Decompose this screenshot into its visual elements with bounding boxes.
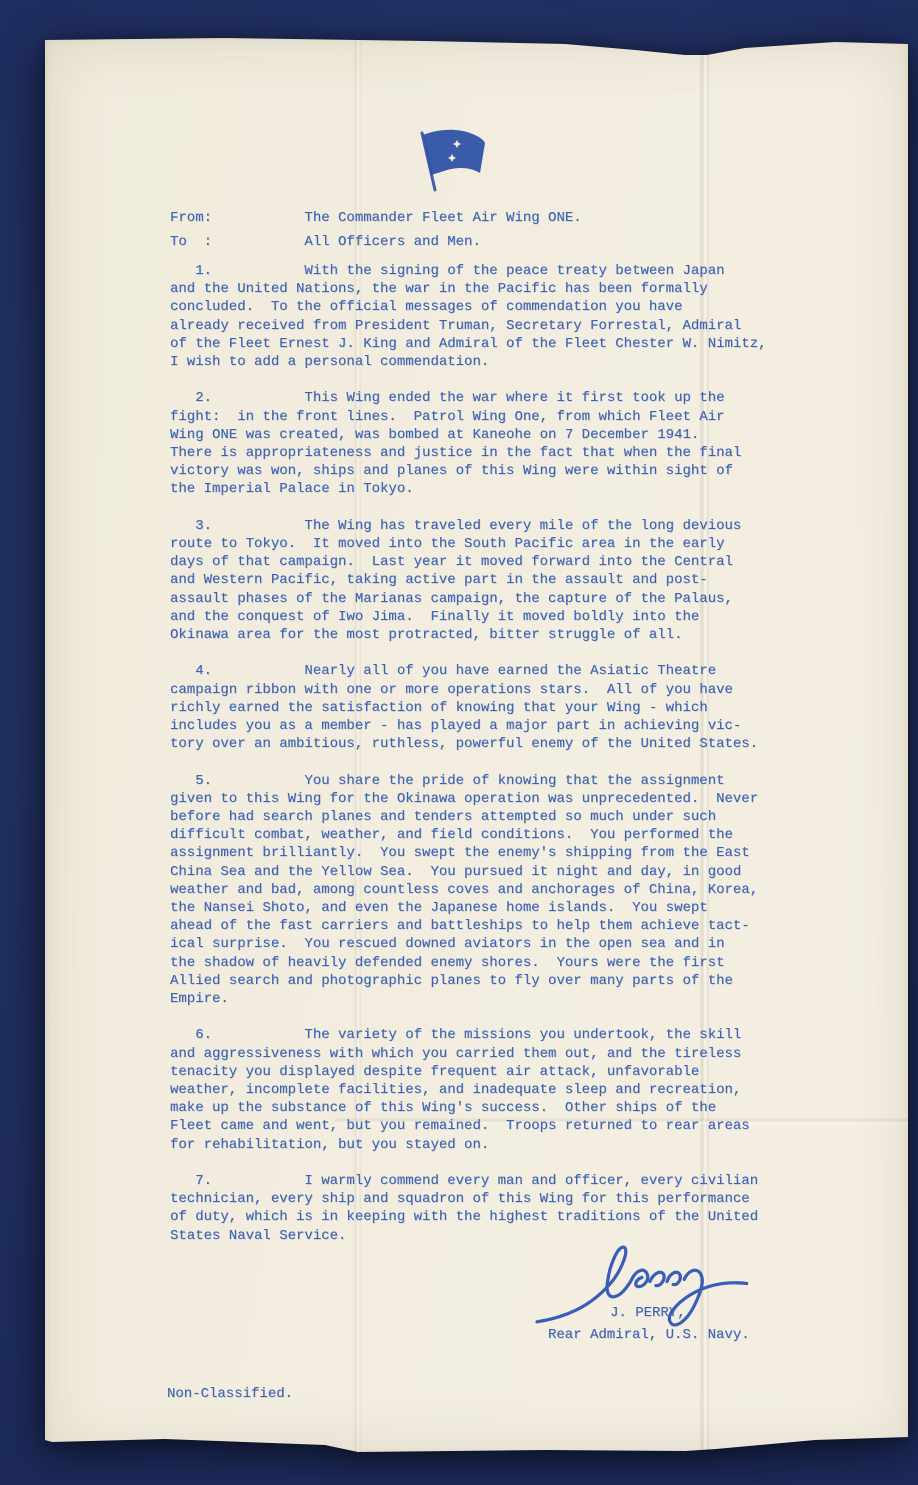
text-line: and aggressiveness with which you carrie… — [170, 1045, 820, 1063]
text-line: already received from President Truman, … — [170, 317, 820, 335]
to-row: To :All Officers and Men. — [170, 230, 582, 254]
text-line: concluded. To the official messages of c… — [170, 298, 820, 316]
text-line: tenacity you displayed despite frequent … — [170, 1063, 820, 1081]
text-line: I wish to add a personal commendation. — [170, 353, 820, 371]
from-label: From: — [170, 206, 304, 230]
from-value: The Commander Fleet Air Wing ONE. — [304, 210, 581, 226]
paragraph-6: 6. The variety of the missions you under… — [170, 1026, 820, 1153]
text-line: route to Tokyo. It moved into the South … — [170, 535, 820, 553]
paragraph-2: 2. This Wing ended the war where it firs… — [170, 389, 820, 498]
text-line: ical surprise. You rescued downed aviato… — [170, 935, 820, 953]
text-line: includes you as a member - has played a … — [170, 717, 820, 735]
text-line: Wing ONE was created, was bombed at Kane… — [170, 426, 820, 444]
text-line: China Sea and the Yellow Sea. You pursue… — [170, 863, 820, 881]
paragraph-5: 5. You share the pride of knowing that t… — [170, 772, 820, 1009]
text-line: Fleet came and went, but you remained. T… — [170, 1117, 820, 1135]
to-value: All Officers and Men. — [304, 234, 480, 250]
text-line: of the Fleet Ernest J. King and Admiral … — [170, 335, 820, 353]
text-line: Okinawa area for the most protracted, bi… — [170, 626, 820, 644]
text-line: and the conquest of Iwo Jima. Finally it… — [170, 608, 820, 626]
paragraph-4: 4. Nearly all of you have earned the Asi… — [170, 662, 820, 753]
to-label: To : — [170, 230, 304, 254]
paragraph-3: 3. The Wing has traveled every mile of t… — [170, 517, 820, 644]
text-line: given to this Wing for the Okinawa opera… — [170, 790, 820, 808]
text-line: the shadow of heavily defended enemy sho… — [170, 954, 820, 972]
signature-typed-title: Rear Admiral, U.S. Navy. — [548, 1326, 750, 1344]
text-line: before had search planes and tenders att… — [170, 808, 820, 826]
text-line: weather and bad, among countless coves a… — [170, 881, 820, 899]
text-line: campaign ribbon with one or more operati… — [170, 681, 820, 699]
text-line: technician, every ship and squadron of t… — [170, 1190, 820, 1208]
text-line: 6. The variety of the missions you under… — [170, 1026, 820, 1044]
text-line: tory over an ambitious, ruthless, powerf… — [170, 735, 820, 753]
text-line: Empire. — [170, 990, 820, 1008]
signature-typed-name: J. PERRY, — [610, 1304, 686, 1322]
text-line: victory was won, ships and planes of thi… — [170, 462, 820, 480]
paragraph-7: 7. I warmly commend every man and office… — [170, 1172, 820, 1245]
text-line: assignment brilliantly. You swept the en… — [170, 844, 820, 862]
text-line: the Nansei Shoto, and even the Japanese … — [170, 899, 820, 917]
text-line: make up the substance of this Wing's suc… — [170, 1099, 820, 1117]
text-line: Allied search and photographic planes to… — [170, 972, 820, 990]
text-line: days of that campaign. Last year it move… — [170, 553, 820, 571]
text-line: 7. I warmly commend every man and office… — [170, 1172, 820, 1190]
text-line: ahead of the fast carriers and battleshi… — [170, 917, 820, 935]
classification-footer: Non-Classified. — [167, 1385, 293, 1403]
text-line: for rehabilitation, but you stayed on. — [170, 1136, 820, 1154]
from-row: From:The Commander Fleet Air Wing ONE. — [170, 206, 582, 230]
text-line: 3. The Wing has traveled every mile of t… — [170, 517, 820, 535]
text-line: richly earned the satisfaction of knowin… — [170, 699, 820, 717]
text-line: 4. Nearly all of you have earned the Asi… — [170, 662, 820, 680]
text-line: assault phases of the Marianas campaign,… — [170, 590, 820, 608]
text-line: 5. You share the pride of knowing that t… — [170, 772, 820, 790]
letter-sheet-wrap: From:The Commander Fleet Air Wing ONE. T… — [45, 38, 908, 1454]
text-line: of duty, which is in keeping with the hi… — [170, 1208, 820, 1226]
text-line: fight: in the front lines. Patrol Wing O… — [170, 408, 820, 426]
text-line: 1. With the signing of the peace treaty … — [170, 262, 820, 280]
text-line: and Western Pacific, taking active part … — [170, 571, 820, 589]
text-line: the Imperial Palace in Tokyo. — [170, 480, 820, 498]
letter-body: 1. With the signing of the peace treaty … — [170, 262, 820, 1263]
paragraph-1: 1. With the signing of the peace treaty … — [170, 262, 820, 371]
text-line: 2. This Wing ended the war where it firs… — [170, 389, 820, 407]
address-block: From:The Commander Fleet Air Wing ONE. T… — [170, 206, 582, 254]
letter-paper: From:The Commander Fleet Air Wing ONE. T… — [45, 38, 908, 1454]
text-line: weather, incomplete facilities, and inad… — [170, 1081, 820, 1099]
text-line: There is appropriateness and justice in … — [170, 444, 820, 462]
text-line: difficult combat, weather, and field con… — [170, 826, 820, 844]
text-line: and the United Nations, the war in the P… — [170, 280, 820, 298]
two-star-admiral-flag-icon — [408, 128, 500, 200]
